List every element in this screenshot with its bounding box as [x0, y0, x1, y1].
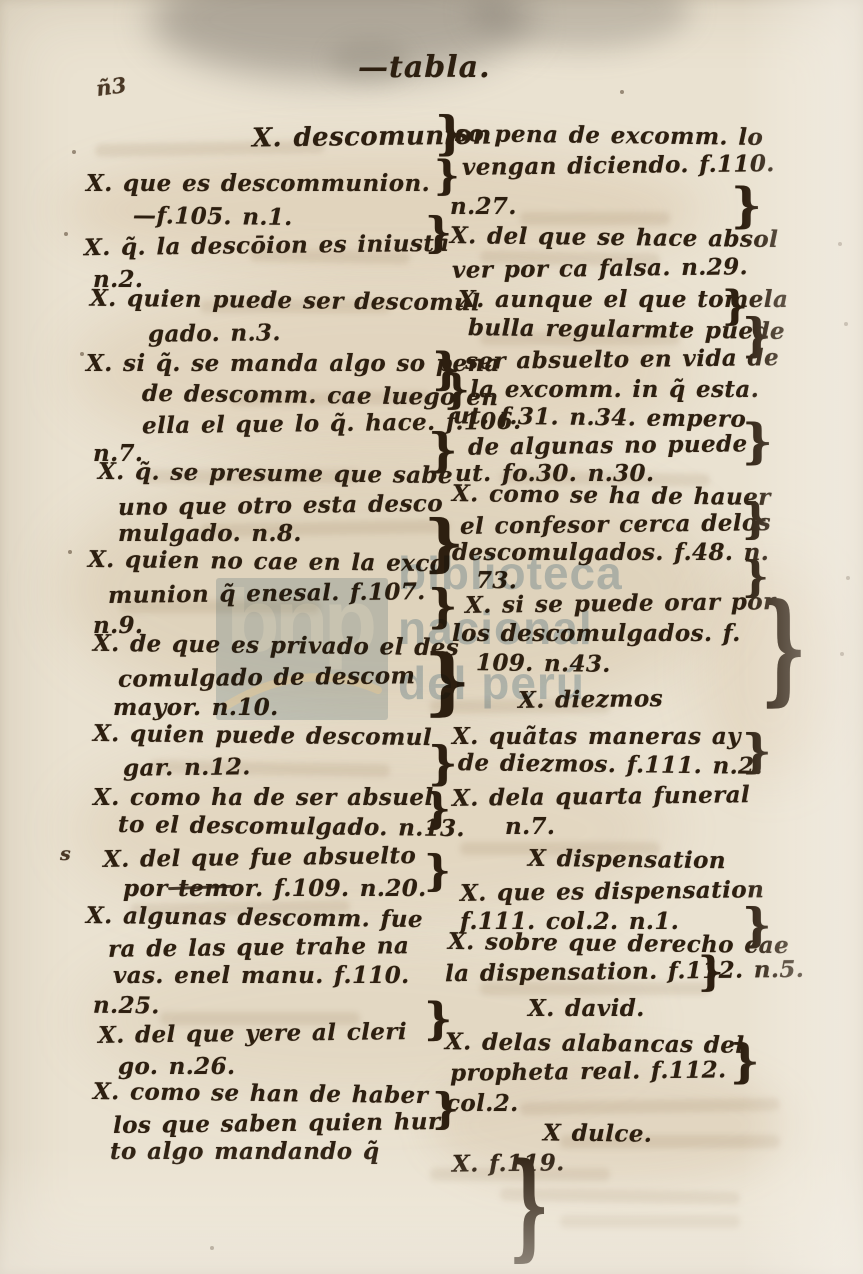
manuscript-line: munion q̃ enesal. f.107.: [108, 578, 426, 609]
manuscript-line: el confesor cerca delos: [460, 509, 771, 540]
manuscript-line: ser absuelto en vida de: [465, 344, 779, 375]
brace-mark: }: [424, 998, 452, 1042]
manuscript-line: uno que otro esta desco: [118, 490, 443, 521]
brace-mark: }: [428, 740, 458, 786]
manuscript-line: X. como se ha de hauer: [452, 480, 771, 511]
manuscript-line: ver por ca falsa. n.29.: [452, 253, 748, 284]
manuscript-line: X. quien puede descomul: [93, 720, 432, 751]
brace-mark: }: [698, 952, 724, 992]
manuscript-line: X. como ha de ser absuel: [93, 784, 434, 811]
manuscript-line: propheta real. f.112.: [450, 1056, 727, 1086]
marginal-mark: ñ3: [94, 72, 128, 101]
manuscript-line: X. sobre que derecho cae: [448, 928, 789, 959]
manuscript-line: X. dela quarta funeral: [452, 781, 750, 812]
manuscript-line: vas. enel manu. f.110.: [113, 962, 410, 989]
brace-mark: }: [428, 427, 458, 473]
manuscript-line: comulgado de descom: [118, 662, 416, 693]
manuscript-line: X. del que se hace absol: [450, 222, 779, 253]
manuscript-line: to el descomulgado. n.13.: [118, 811, 465, 842]
manuscript-line: X. del que fue absuelto: [103, 842, 417, 873]
manuscript-line: to algo mandando q̃: [110, 1138, 379, 1165]
manuscript-line: vengan diciendo. f.110.: [462, 150, 775, 181]
manuscript-line: X. quien no cae en la exco: [88, 546, 446, 577]
manuscript-line: X. quãtas maneras ay: [452, 723, 741, 750]
brace-mark: }: [428, 583, 458, 629]
manuscript-line: X. algunas descomm. fue: [86, 902, 423, 933]
brace-mark: }: [760, 588, 806, 708]
manuscript-line: la dispensation. f.112. n.5.: [445, 956, 805, 987]
manuscript-line: X. delas alabancas del: [445, 1028, 745, 1059]
manuscript-line: X. q̃. la descōion es iniusta: [84, 230, 450, 261]
manuscript-line: go. n.26.: [118, 1053, 235, 1080]
manuscript-line: X. q̃. se presume que sabe: [98, 458, 453, 489]
manuscript-line: descomulgados. f.48. n.: [452, 539, 769, 566]
brace-mark: }: [424, 850, 451, 892]
brace-mark: }: [730, 1038, 760, 1084]
margin-note: s: [60, 843, 71, 865]
brace-mark: }: [435, 110, 465, 156]
manuscript-line: los que saben quien hur: [113, 1108, 441, 1139]
manuscript-line: gar. n.12.: [123, 753, 251, 782]
manuscript-line: ra de las que trahe na: [108, 932, 410, 963]
manuscript-line: X. del que yere al cleri: [98, 1018, 407, 1049]
manuscript-line: so pena de excomm. lo: [455, 120, 764, 151]
manuscript-line: X. de que es privado el des: [93, 630, 459, 661]
brace-mark: }: [742, 312, 772, 358]
manuscript-line: X. que es dispensation: [460, 876, 764, 907]
brace-mark: }: [742, 728, 772, 774]
manuscript-line: de algunas no puede: [468, 430, 748, 460]
manuscript-line: ut. f.31. n.34. empero: [453, 402, 746, 433]
manuscript-line: X. que es descommunion.: [86, 170, 430, 197]
brace-mark: }: [731, 182, 762, 230]
brace-mark: }: [742, 498, 769, 540]
manuscript-line: 73.: [476, 567, 518, 595]
manuscript-line: mayor. n.10.: [113, 694, 279, 721]
manuscript-line: X. david.: [528, 995, 645, 1022]
brace-mark: }: [742, 418, 773, 466]
brace-mark: }: [509, 1148, 550, 1263]
brace-mark: }: [444, 370, 470, 410]
brace-mark: }: [434, 156, 460, 196]
manuscript-page: X. descomunionX. que es descommunion.—f.…: [0, 0, 863, 1274]
brace-mark: }: [425, 212, 452, 254]
manuscript-line: la excomm. in q̃ esta.: [470, 376, 759, 403]
manuscript-line: 109. n.43.: [476, 649, 611, 678]
brace-mark: }: [432, 1088, 459, 1130]
manuscript-line: los descomulgados. f.: [452, 620, 741, 647]
manuscript-line: mulgado. n.8.: [118, 520, 302, 547]
manuscript-line: X. diezmos: [518, 685, 663, 714]
manuscript-line: de diezmos. f.111. n.2.: [458, 749, 763, 780]
brace-mark: }: [424, 512, 464, 574]
manuscript-line: —f.105. n.1.: [133, 202, 293, 231]
manuscript-line: X dispensation: [528, 845, 726, 874]
manuscript-line: n.25.: [93, 992, 160, 1020]
brace-mark: }: [424, 788, 451, 830]
manuscript-line: X. quien puede ser descomul: [90, 285, 481, 317]
manuscript-line: X. si se puede orar por: [465, 588, 776, 619]
manuscript-line: gado. n.3.: [148, 319, 281, 348]
page-title: —tabla.: [358, 50, 491, 85]
handwriting-layer: X. descomunionX. que es descommunion.—f.…: [0, 0, 863, 1274]
brace-mark: }: [742, 902, 772, 948]
brace-mark: }: [424, 645, 470, 717]
manuscript-line: X. como se han de haber: [93, 1078, 429, 1109]
manuscript-line: X dulce.: [543, 1119, 653, 1147]
manuscript-line: n.7.: [505, 813, 555, 840]
manuscript-line: n.27.: [450, 193, 517, 220]
